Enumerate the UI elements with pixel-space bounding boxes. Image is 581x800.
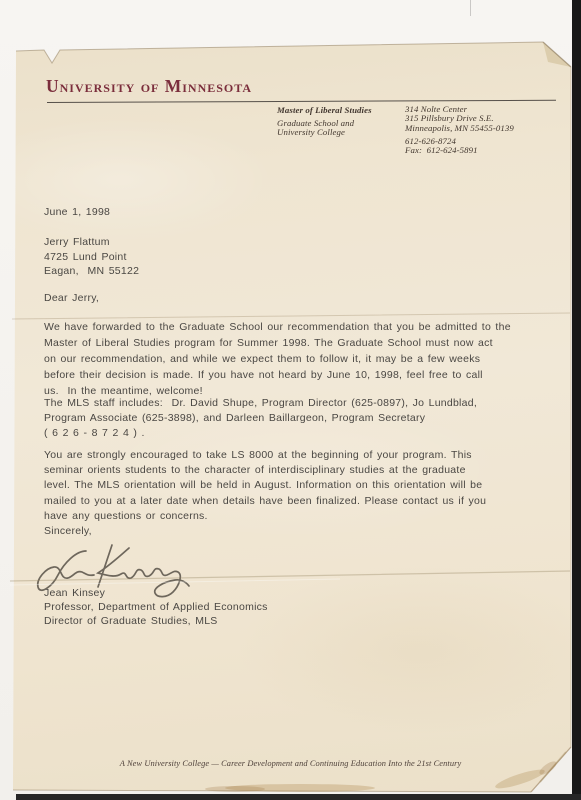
college-name: Graduate School and University College <box>277 119 354 138</box>
body-paragraph-3: You are strongly encouraged to take LS 8… <box>44 448 486 524</box>
fax-number: Fax: 612-624-5891 <box>405 146 478 155</box>
footer-tagline: A New University College — Career Develo… <box>30 759 551 768</box>
scanner-edge-bottom <box>16 794 581 800</box>
letter-paper: University of Minnesota Master of Libera… <box>0 0 581 800</box>
university-wordmark: University of Minnesota <box>46 76 252 97</box>
scanner-artifact-line <box>470 0 471 16</box>
body-paragraph-2: The MLS staff includes: Dr. David Shupe,… <box>44 396 477 442</box>
campus-address: 314 Nolte Center 315 Pillsbury Drive S.E… <box>405 105 514 133</box>
program-name: Master of Liberal Studies <box>277 106 372 115</box>
date-line: June 1, 1998 <box>44 205 110 220</box>
letterhead-rule <box>47 100 556 104</box>
salutation: Dear Jerry, <box>44 291 99 306</box>
recipient-address: Jerry Flattum 4725 Lund Point Eagan, MN … <box>44 235 139 279</box>
signer-block: Jean Kinsey Professor, Department of App… <box>44 586 268 629</box>
scanner-edge-right <box>572 0 581 800</box>
scanned-letter: University of Minnesota Master of Libera… <box>0 0 581 800</box>
closing: Sincerely, <box>44 524 92 539</box>
body-paragraph-1: We have forwarded to the Graduate School… <box>44 320 511 400</box>
